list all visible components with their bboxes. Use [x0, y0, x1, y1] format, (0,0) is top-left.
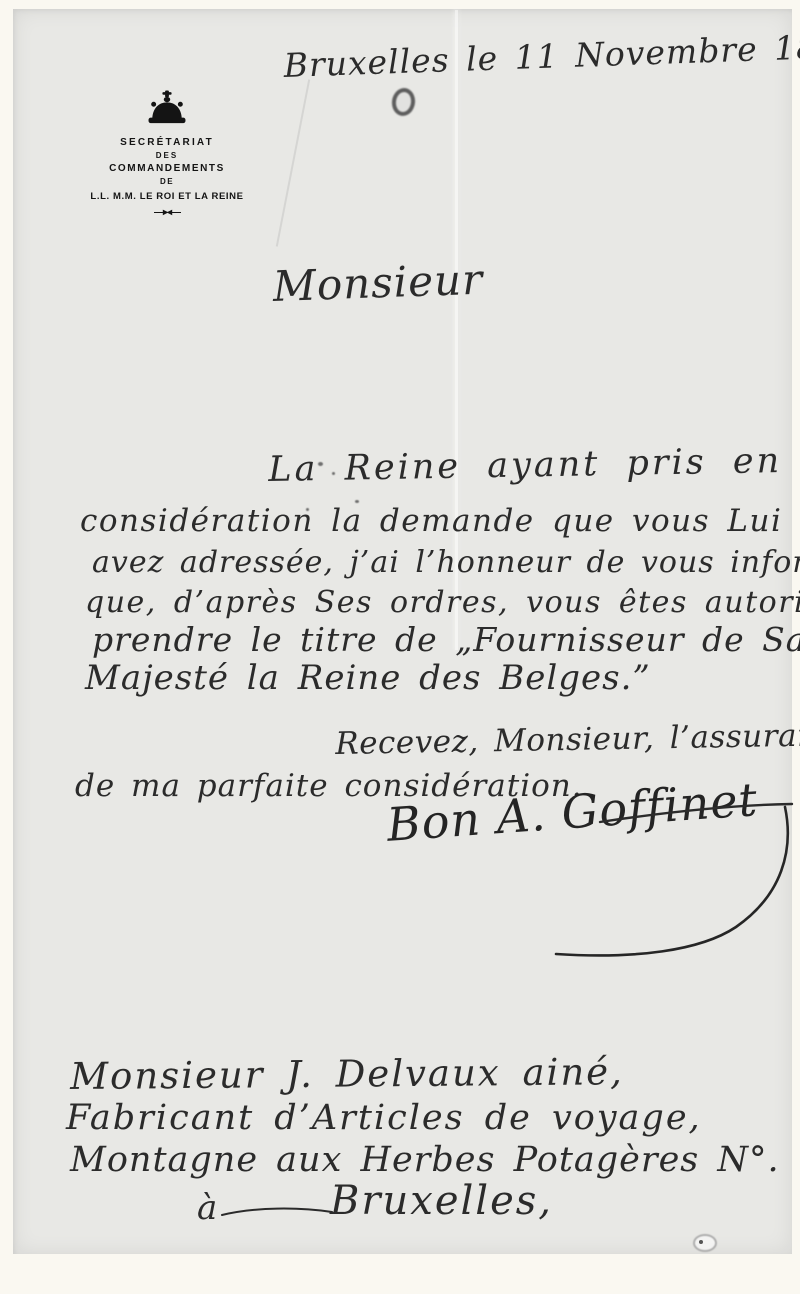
- letterhead-line-des: DES: [82, 151, 252, 160]
- recipient-line: Fabricant d’Articles de voyage,: [66, 1098, 702, 1138]
- ink-speck: [318, 462, 323, 466]
- paper-stain: [693, 1234, 717, 1252]
- ink-speck: [355, 500, 359, 503]
- recipient-line: Monsieur J. Delvaux ainé,: [70, 1050, 624, 1098]
- letterhead-line-de: DE: [82, 177, 252, 186]
- salutation: Monsieur: [272, 255, 484, 311]
- letterhead-line-secretariat: SECRÉTARIAT: [82, 137, 252, 148]
- body-line: considération la demande que vous Lui: [80, 503, 782, 539]
- signature-flourish: [540, 795, 795, 965]
- royal-crown-icon: [82, 90, 252, 130]
- pen-connector-stroke: [222, 1206, 334, 1218]
- ink-speck: [306, 508, 309, 511]
- recipient-line: Montagne aux Herbes Potagères N°. 1,: [70, 1140, 800, 1180]
- paper-stain-dot: [699, 1240, 703, 1244]
- letterhead-ornament-divider: —▸◂—: [82, 207, 252, 218]
- recipient-line-city: Bruxelles,: [330, 1178, 553, 1224]
- body-line: que, d’après Ses ordres, vous êtes autor…: [85, 585, 800, 620]
- letterhead-line-roi-et-reine: L.L. M.M. LE ROI ET LA REINE: [82, 191, 252, 202]
- body-line: Majesté la Reine des Belges.”: [85, 658, 651, 698]
- letterhead-line-commandements: COMMANDEMENTS: [82, 163, 252, 174]
- ink-speck: [332, 472, 335, 475]
- letterhead: SECRÉTARIAT DES COMMANDEMENTS DE L.L. M.…: [82, 90, 252, 218]
- recipient-line-prefix: à: [197, 1188, 217, 1228]
- scanned-letter-page: SECRÉTARIAT DES COMMANDEMENTS DE L.L. M.…: [0, 0, 800, 1294]
- body-line: prendre le titre de „Fournisseur de Sa: [92, 620, 800, 659]
- body-line: avez adressée, j’ai l’honneur de vous in…: [92, 545, 800, 580]
